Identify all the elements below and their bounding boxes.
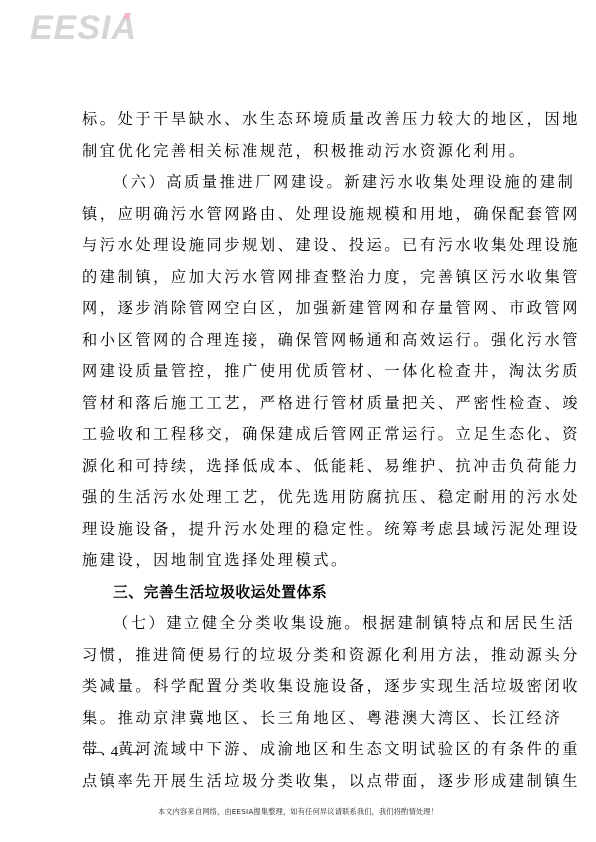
body-line: 的建制镇，应加大污水管网排查整治力度，完善镇区污水收集管 (82, 262, 522, 294)
body-line: 类减量。科学配置分类收集设施设备，逐步实现生活垃圾密闭收 (82, 671, 522, 703)
body-line: 强的生活污水处理工艺，优先选用防腐抗压、稳定耐用的污水处 (82, 482, 522, 514)
body-line: 施建设，因地制宜选择处理模式。 (82, 545, 522, 577)
section-6-paragraph-start: （六）高质量推进厂网建设。新建污水收集处理设施的建制 (82, 167, 522, 199)
section-heading-3: 三、完善生活垃圾收运处置体系 (82, 577, 522, 609)
eesia-logo: EESIA (30, 8, 137, 48)
footer-notice: 本文内容来自网络，由EESIA搜集整理，如有任何异议请联系我们，我们将酌情处理！ (0, 807, 596, 817)
page-number: — 4 — (86, 744, 146, 761)
body-line: 管材和落后施工工艺，严格进行管材质量把关、严密性检查、竣 (82, 388, 522, 420)
body-line: 标。处于干旱缺水、水生态环境质量改善压力较大的地区，因地 (82, 104, 522, 136)
body-line: 集。推动京津冀地区、长三角地区、粤港澳大湾区、长江经济 (82, 703, 522, 735)
logo-text: EESIA (30, 9, 137, 47)
body-line: 源化和可持续，选择低成本、低能耗、易维护、抗冲击负荷能力 (82, 451, 522, 483)
body-line: 网，逐步消除管网空白区，加强新建管网和存量管网、市政管网 (82, 293, 522, 325)
body-line: 网建设质量管控，推广使用优质管材、一体化检查井，淘汰劣质 (82, 356, 522, 388)
document-body: 标。处于干旱缺水、水生态环境质量改善压力较大的地区，因地 制宜优化完善相关标准规… (82, 104, 522, 797)
body-line: 制宜优化完善相关标准规范，积极推动污水资源化利用。 (82, 136, 522, 168)
body-line: 与污水处理设施同步规划、建设、投运。已有污水收集处理设施 (82, 230, 522, 262)
body-line: 带、黄河流域中下游、成渝地区和生态文明试验区的有条件的重 (82, 734, 522, 766)
body-line: 习惯，推进简便易行的垃圾分类和资源化利用方法，推动源头分 (82, 640, 522, 672)
section-7-paragraph-start: （七）建立健全分类收集设施。根据建制镇特点和居民生活 (82, 608, 522, 640)
body-line: 和小区管网的合理连接，确保管网畅通和高效运行。强化污水管 (82, 325, 522, 357)
body-line: 理设施设备，提升污水处理的稳定性。统筹考虑县域污泥处理设 (82, 514, 522, 546)
body-line: 点镇率先开展生活垃圾分类收集，以点带面，逐步形成建制镇生 (82, 766, 522, 798)
body-line: 工验收和工程移交，确保建成后管网正常运行。立足生态化、资 (82, 419, 522, 451)
body-line: 镇，应明确污水管网路由、处理设施规模和用地，确保配套管网 (82, 199, 522, 231)
